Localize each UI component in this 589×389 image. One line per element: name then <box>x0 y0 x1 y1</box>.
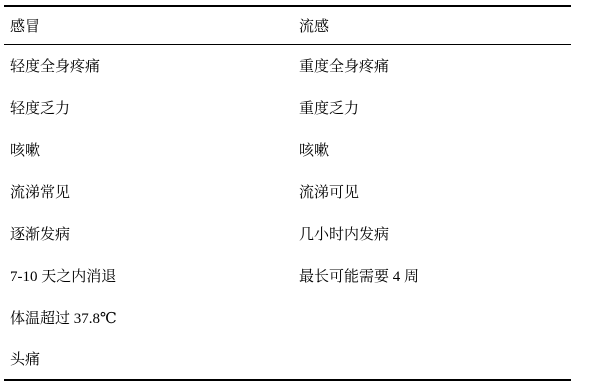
table-row: 7-10 天之内消退最长可能需要 4 周 <box>4 254 571 296</box>
table-row: 流涕常见流涕可见 <box>4 170 571 212</box>
cell-flu-symptom: 咳嗽 <box>293 128 571 170</box>
cell-flu-symptom: 最长可能需要 4 周 <box>293 254 571 296</box>
document-page: 感冒 流感 轻度全身疼痛重度全身疼痛轻度乏力重度乏力咳嗽咳嗽流涕常见流涕可见逐渐… <box>0 0 589 389</box>
table-container: 感冒 流感 轻度全身疼痛重度全身疼痛轻度乏力重度乏力咳嗽咳嗽流涕常见流涕可见逐渐… <box>4 5 571 381</box>
cell-cold-symptom: 咳嗽 <box>4 128 293 170</box>
cell-cold-symptom: 头痛 <box>4 338 293 380</box>
cell-cold-symptom: 轻度全身疼痛 <box>4 44 293 86</box>
cell-flu-symptom <box>293 338 571 380</box>
cell-cold-symptom: 流涕常见 <box>4 170 293 212</box>
cell-flu-symptom: 重度乏力 <box>293 86 571 128</box>
cell-flu-symptom: 重度全身疼痛 <box>293 44 571 86</box>
table-header: 感冒 流感 <box>4 6 571 44</box>
cell-cold-symptom: 7-10 天之内消退 <box>4 254 293 296</box>
cold-flu-comparison-table: 感冒 流感 轻度全身疼痛重度全身疼痛轻度乏力重度乏力咳嗽咳嗽流涕常见流涕可见逐渐… <box>4 5 571 381</box>
header-row: 感冒 流感 <box>4 6 571 44</box>
cell-cold-symptom: 体温超过 37.8℃ <box>4 296 293 338</box>
table-row: 咳嗽咳嗽 <box>4 128 571 170</box>
table-row: 轻度乏力重度乏力 <box>4 86 571 128</box>
cell-cold-symptom: 逐渐发病 <box>4 212 293 254</box>
table-body: 轻度全身疼痛重度全身疼痛轻度乏力重度乏力咳嗽咳嗽流涕常见流涕可见逐渐发病几小时内… <box>4 44 571 380</box>
cell-flu-symptom: 流涕可见 <box>293 170 571 212</box>
column-header-flu: 流感 <box>293 6 571 44</box>
column-header-cold: 感冒 <box>4 6 293 44</box>
table-row: 逐渐发病几小时内发病 <box>4 212 571 254</box>
table-row: 体温超过 37.8℃ <box>4 296 571 338</box>
cell-flu-symptom <box>293 296 571 338</box>
cell-cold-symptom: 轻度乏力 <box>4 86 293 128</box>
table-row: 轻度全身疼痛重度全身疼痛 <box>4 44 571 86</box>
table-row: 头痛 <box>4 338 571 380</box>
cell-flu-symptom: 几小时内发病 <box>293 212 571 254</box>
